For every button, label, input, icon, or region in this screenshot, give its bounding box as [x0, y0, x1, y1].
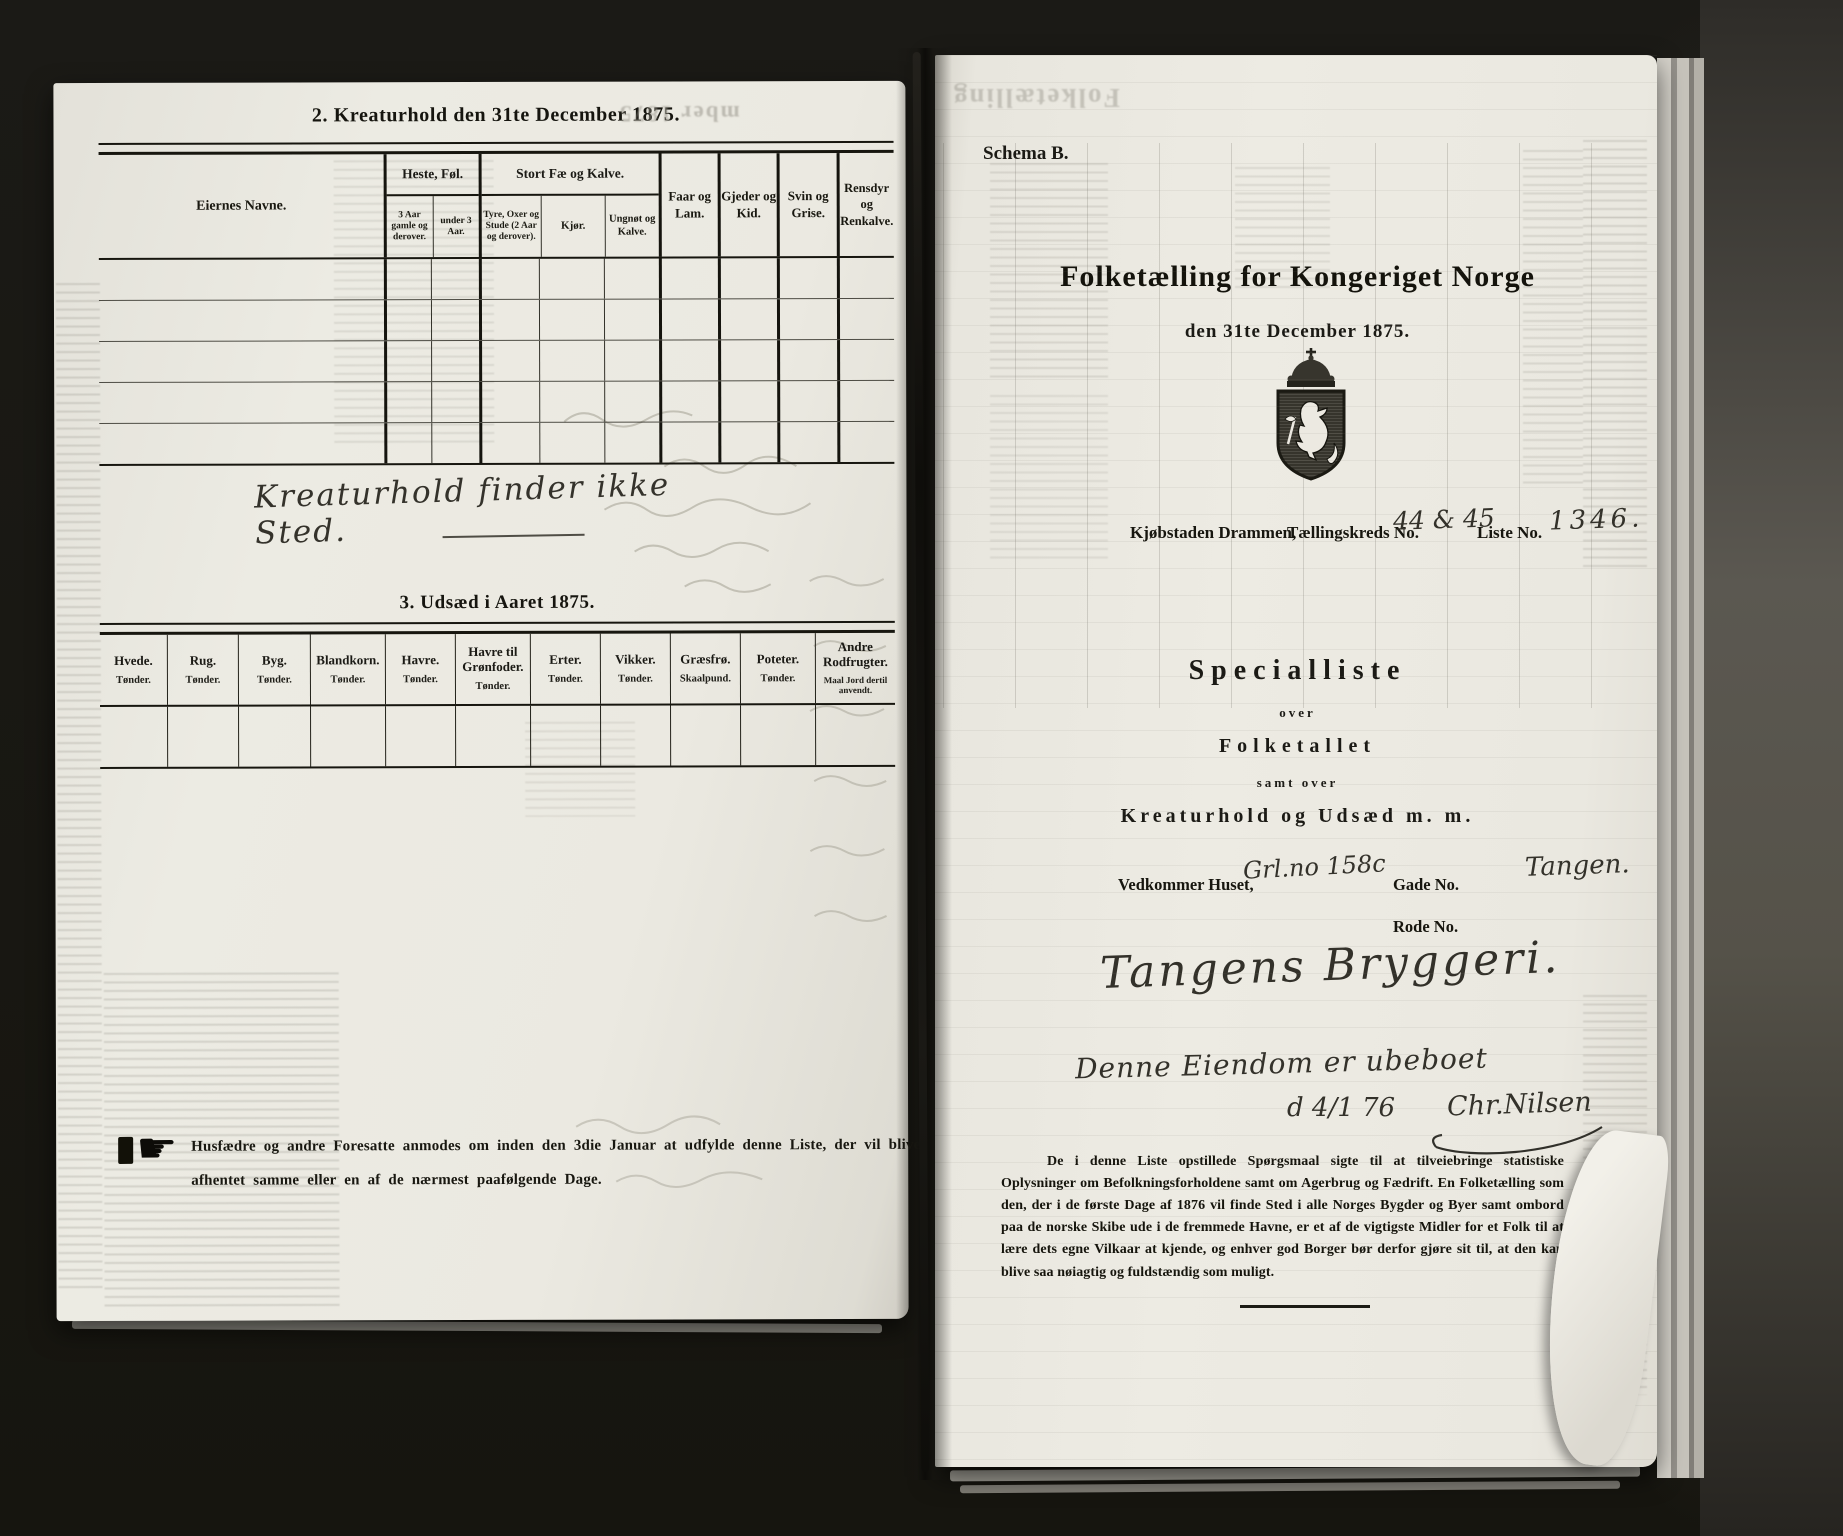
list-number-handwritten: 1346.: [1549, 503, 1644, 536]
norwegian-coat-of-arms: [1265, 347, 1357, 487]
vacancy-date-handwritten: d 4/1 76: [1287, 1093, 1395, 1123]
column-wheat: Hvede.Tønder.: [100, 635, 167, 705]
empty-table-cell: [600, 706, 670, 766]
right-page: Schema B. Folketælling for Kongeriget No…: [935, 55, 1657, 1467]
livestock-table-header: Eiernes Navne. Heste, Føl. 3 Aar gamle o…: [99, 153, 894, 260]
subcolumn-young-cattle: Ungnøt og Kalve.: [605, 196, 659, 257]
column-mixed-grain: Blandkorn.Tønder.: [310, 634, 385, 704]
empty-table-cell: [670, 705, 740, 765]
subcolumn-horses-over3: 3 Aar gamle og derover.: [387, 196, 433, 257]
empty-table-cell: [740, 705, 815, 765]
column-reindeer: Rensdyr og Renkalve.: [837, 153, 894, 256]
empty-table-cell: [385, 706, 455, 766]
column-potatoes: Poteter.Tønder.: [740, 633, 815, 703]
column-oats: Havre.Tønder.: [385, 634, 455, 704]
bleedthrough-cell-text: [1523, 150, 1583, 490]
crops-table-body: [100, 705, 895, 769]
census-date-line: den 31te December 1875.: [975, 321, 1620, 343]
bleedthrough-cell-text: [990, 395, 1108, 565]
livestock-table-body: [99, 258, 895, 466]
column-oats-fodder: Havre til Grønfoder.Tønder.: [455, 634, 530, 704]
empty-table-row: [99, 258, 894, 300]
page-stack-edge: [1657, 58, 1671, 1478]
column-owner-names: Eiernes Navne.: [99, 154, 384, 258]
footnote-line2: afhentet samme eller en af de nærmest pa…: [191, 1172, 602, 1190]
subtitle-over: over: [975, 705, 1620, 721]
column-group-cattle: Stort Fæ og Kalve. Tyre, Oxer og Stude (…: [479, 154, 659, 257]
subtitle-specialliste: Specialliste: [975, 655, 1620, 687]
scanned-census-spread: 2. Kreaturhold den 31te December 1875. E…: [0, 0, 1843, 1536]
house-number-handwritten: Grl.no 158c: [1242, 849, 1386, 884]
census-title: Folketælling for Kongeriget Norge: [975, 260, 1620, 294]
empty-table-row: [99, 421, 894, 464]
under-sheet-edge: [960, 1481, 1620, 1494]
city-label: Kjøbstaden Drammen,: [1130, 523, 1296, 543]
page-stack-edge: [1677, 58, 1689, 1478]
empty-table-cell: [167, 707, 238, 767]
column-pigs: Svin og Grise.: [777, 153, 837, 256]
column-vetches: Vikker.Tønder.: [600, 634, 670, 704]
subcolumn-horses-under3: under 3 Aar.: [432, 196, 479, 257]
column-rye: Rug.Tønder.: [167, 635, 238, 705]
column-peas: Erter.Tønder.: [530, 634, 600, 704]
crops-table-header: Hvede.Tønder. Rug.Tønder. Byg.Tønder. Bl…: [100, 633, 895, 707]
column-goats-kids: Gjeder og Kid.: [718, 153, 777, 256]
empty-table-row: [99, 380, 894, 423]
empty-table-row: [99, 339, 894, 382]
under-sheet-edge: [72, 1320, 882, 1333]
house-label: Vedkommer Huset,: [1118, 875, 1254, 895]
column-sheep-lambs: Faar og Lam.: [659, 153, 718, 256]
page-stack-edge: [1694, 58, 1704, 1478]
subtitle-kreaturhold: Kreaturhold og Udsæd m. m.: [975, 805, 1620, 828]
list-label: Liste No.: [1477, 523, 1542, 543]
bleedthrough-handwriting: [556, 1091, 836, 1222]
street-label: Gade No.: [1393, 875, 1459, 895]
footnote-line1: Husfædre og andre Foresatte anmodes om i…: [191, 1137, 920, 1156]
empty-table-cell: [455, 706, 530, 766]
left-page: 2. Kreaturhold den 31te December 1875. E…: [53, 81, 908, 1321]
column-root-crops: Andre Rodfrugter.Maal Jord dertil anvend…: [815, 633, 895, 703]
signature-handwritten: Chr.Nilsen: [1447, 1086, 1593, 1122]
establishment-name-handwritten: Tangens Bryggeri.: [1099, 932, 1561, 999]
empty-table-cell: [530, 706, 600, 766]
livestock-table: Eiernes Navne. Heste, Føl. 3 Aar gamle o…: [99, 141, 895, 466]
crown-icon: [1287, 348, 1335, 387]
vacancy-note-handwritten: Denne Eiendom er ubeboet: [1075, 1042, 1489, 1086]
crops-table-title: 3. Udsæd i Aaret 1875.: [100, 591, 895, 615]
schema-label: Schema B.: [983, 143, 1069, 165]
closing-rule: [1240, 1305, 1370, 1308]
bleedthrough-mirrored-text: Folketælling: [952, 82, 1120, 113]
backdrop-right: [1700, 0, 1843, 1536]
pointing-hand-icon: ☛: [136, 1123, 177, 1172]
subtitle-samt-over: samt over: [975, 775, 1620, 791]
crops-table: Hvede.Tønder. Rug.Tønder. Byg.Tønder. Bl…: [100, 621, 895, 769]
bleedthrough-margin-text: [56, 283, 103, 1293]
empty-table-cell: [310, 706, 385, 766]
empty-table-row: [99, 298, 894, 341]
subcolumn-cows: Kjør.: [541, 196, 605, 257]
empty-table-cell: [238, 706, 310, 766]
column-barley: Byg.Tønder.: [238, 634, 310, 704]
livestock-table-title: 2. Kreaturhold den 31te December 1875.: [98, 103, 893, 128]
subtitle-folketallet: Folketallet: [975, 735, 1620, 758]
instruction-paragraph: De i denne Liste opstillede Spørgsmaal s…: [1001, 1151, 1564, 1284]
rode-label: Rode No.: [1393, 917, 1458, 937]
empty-table-cell: [100, 707, 167, 767]
street-name-handwritten: Tangen.: [1525, 849, 1631, 883]
under-sheet-edge: [950, 1466, 1640, 1482]
column-grass-seed: Græsfrø.Skaalpund.: [670, 633, 740, 703]
subcolumn-bulls-oxen: Tyre, Oxer og Stude (2 Aar og derover).: [482, 196, 541, 257]
column-group-horses: Heste, Føl. 3 Aar gamle og derover. unde…: [384, 154, 479, 257]
printer-ornament: [118, 1137, 133, 1164]
bleedthrough-mirrored-text: mber 1875: [618, 100, 740, 126]
empty-table-cell: [815, 705, 895, 765]
handwritten-no-livestock-note: Kreaturhold finder ikke Sted.: [254, 464, 756, 551]
